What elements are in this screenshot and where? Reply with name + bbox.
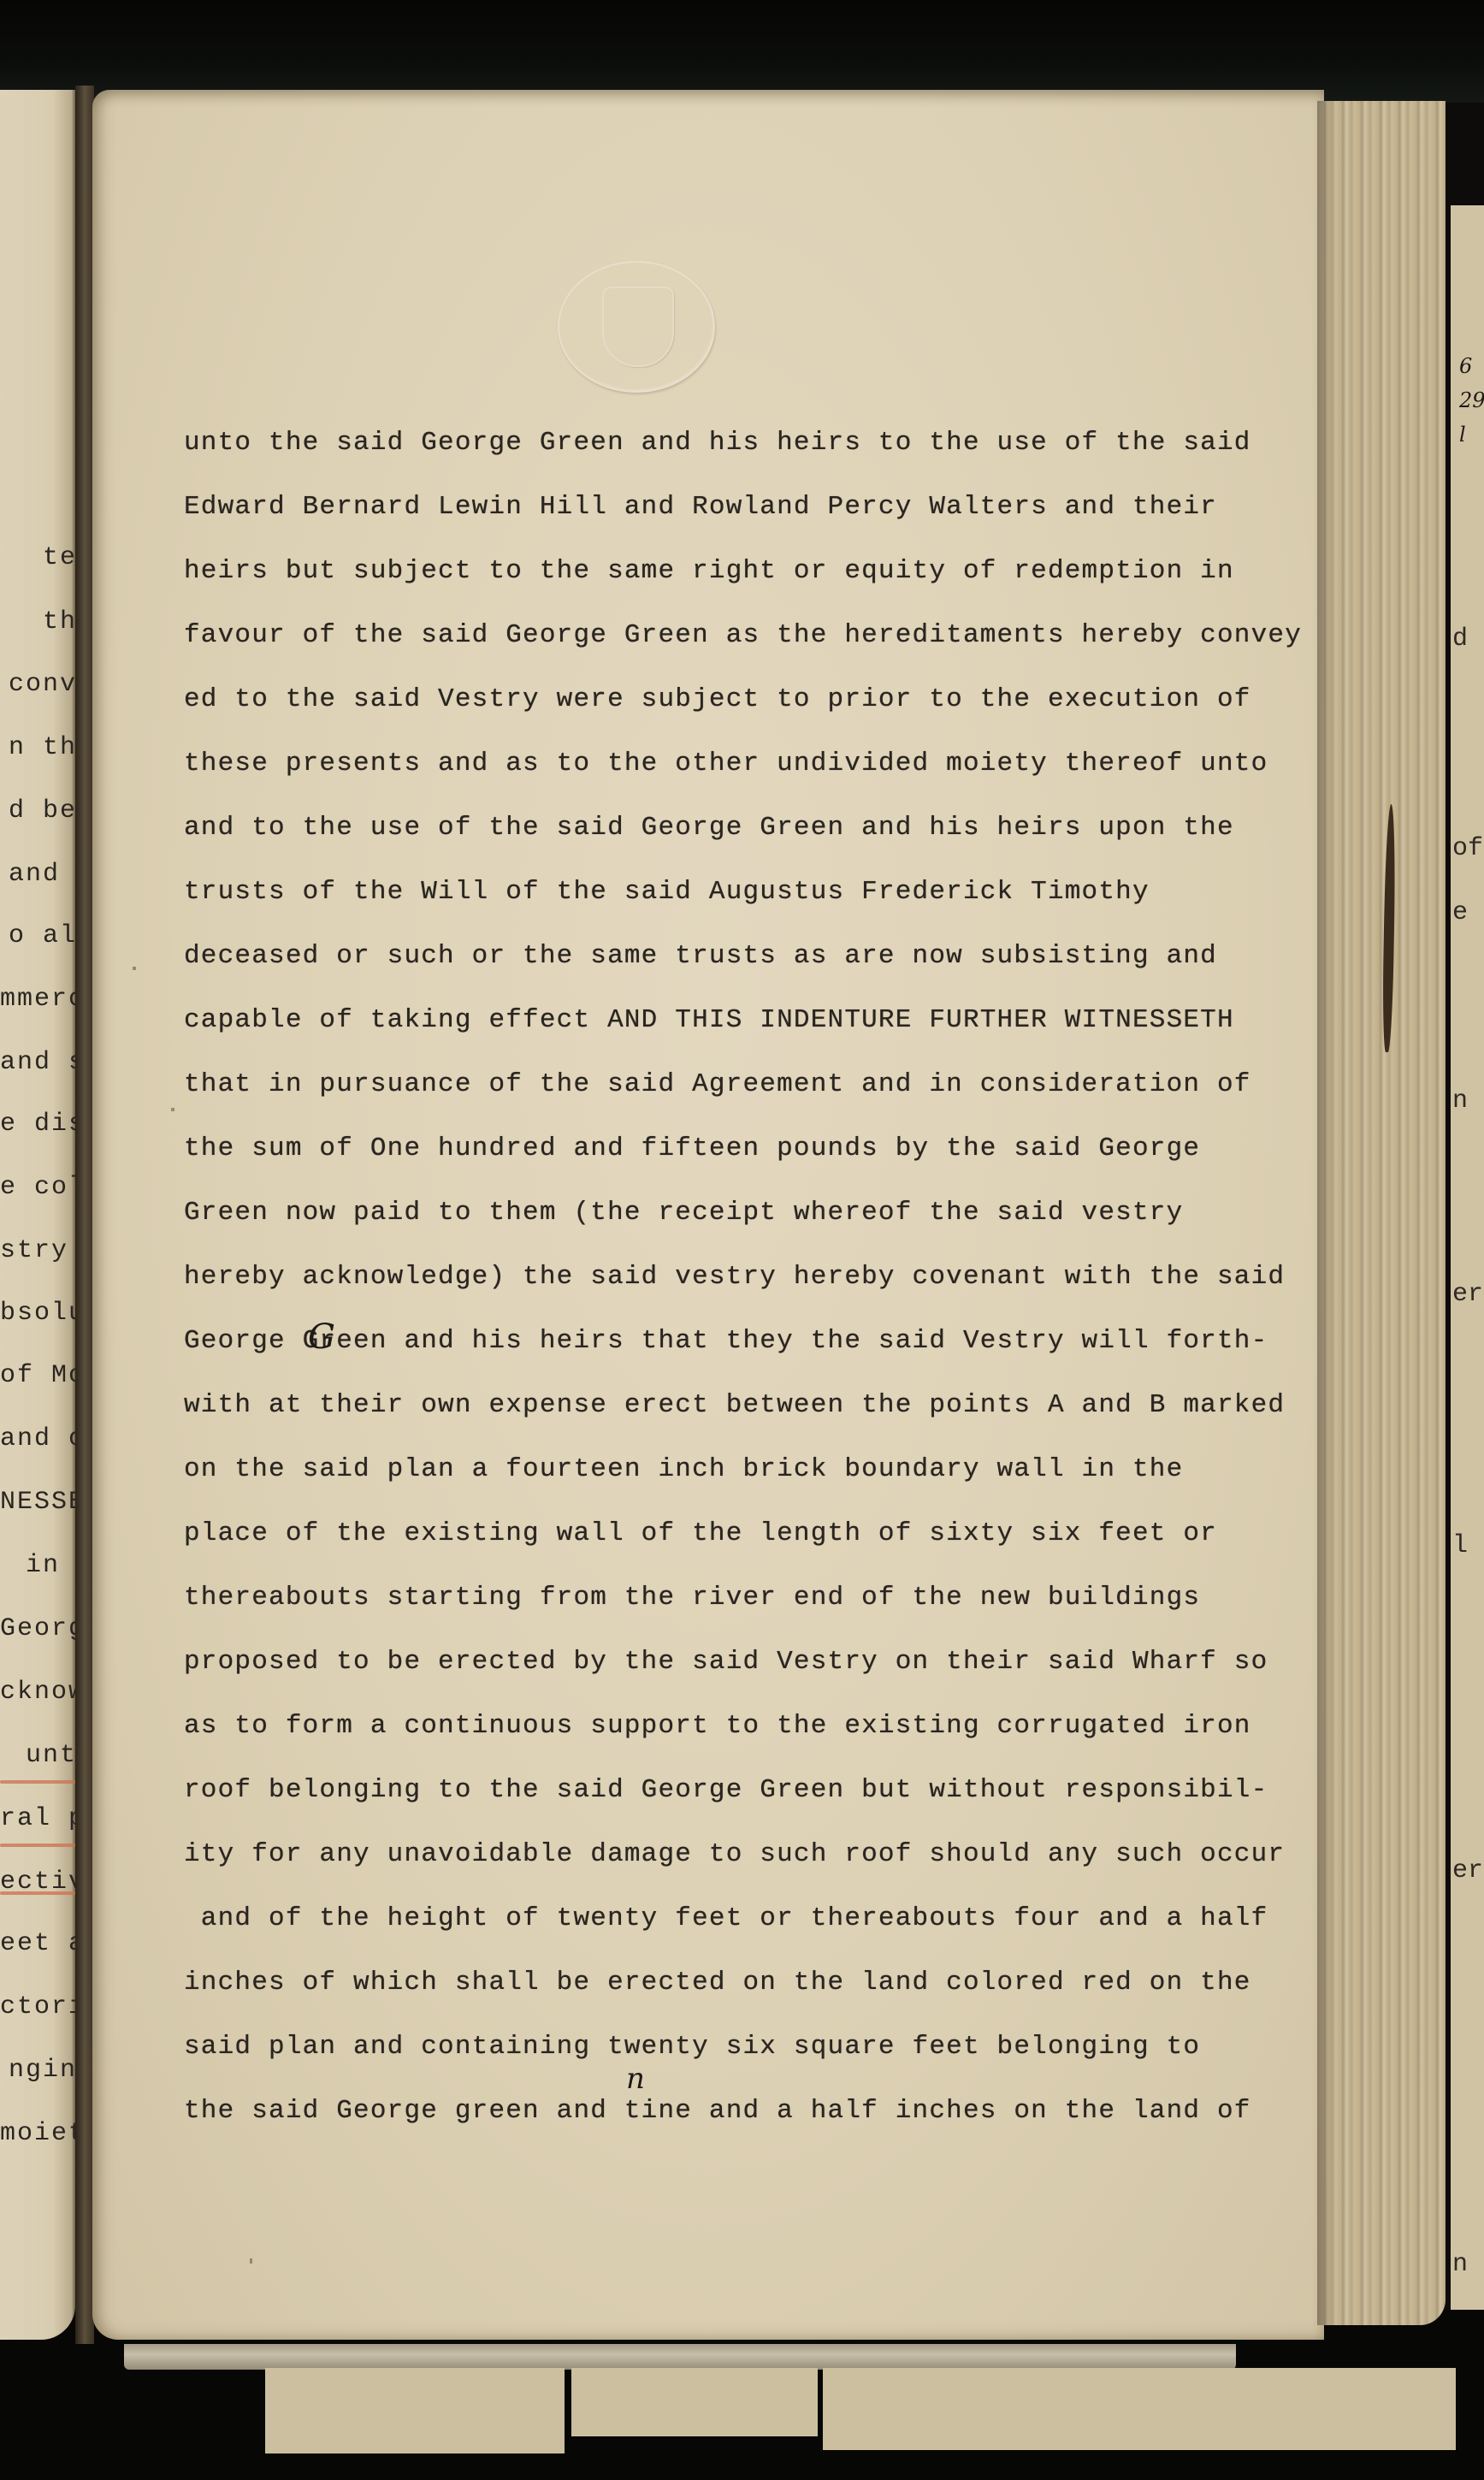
body-line: hereby acknowledge) the said vestry here… — [184, 1262, 1285, 1292]
body-line: inches of which shall be erected on the … — [184, 1968, 1251, 1998]
page-stack-edge — [1317, 101, 1446, 2325]
bottom-paper-tab — [823, 2368, 1456, 2450]
right-fragment: er — [1452, 1280, 1483, 1309]
left-fragment: in c — [0, 1551, 75, 1580]
left-fragment: e dist — [0, 1110, 75, 1139]
body-line: unto the said George Green and his heirs… — [184, 428, 1251, 458]
paper-speck — [171, 1108, 174, 1111]
left-fragment: and ot — [0, 1424, 75, 1453]
handwritten-correction: n — [626, 2062, 645, 2096]
body-line: and to the use of the said George Green … — [184, 813, 1234, 843]
right-fragment: n — [1452, 2250, 1468, 2279]
body-line: capable of taking effect AND THIS INDENT… — [184, 1005, 1234, 1035]
body-line: heirs but subject to the same right or e… — [184, 556, 1234, 586]
left-fragment: d bei — [0, 796, 75, 826]
left-fragment: stry i — [0, 1236, 75, 1265]
body-line: deceased or such or the same trusts as a… — [184, 941, 1217, 971]
body-line: place of the existing wall of the length… — [184, 1518, 1217, 1548]
body-line: the said George green and tine and a hal… — [184, 2096, 1251, 2126]
left-fragment: and si — [0, 1048, 75, 1077]
bottom-paper-tab — [571, 2368, 818, 2436]
book-gutter — [75, 86, 94, 2344]
left-fragment: e colo — [0, 1173, 75, 1202]
body-line: thereabouts starting from the river end … — [184, 1583, 1200, 1613]
body-line: these presents and as to the other undiv… — [184, 749, 1268, 778]
left-fragment: and c — [0, 860, 75, 889]
handwritten-note: 29 — [1459, 385, 1484, 416]
left-fragment: conve — [0, 670, 75, 699]
red-pencil-underline — [0, 1780, 75, 1784]
paper-speck — [133, 967, 136, 970]
body-line: and of the height of twenty feet or ther… — [184, 1903, 1268, 1933]
body-line: that in pursuance of the said Agreement … — [184, 1069, 1251, 1099]
right-fragment: e — [1452, 898, 1468, 927]
body-line: Green now paid to them (the receipt wher… — [184, 1198, 1183, 1228]
right-fragment: d — [1452, 624, 1468, 654]
body-line: ed to the said Vestry were subject to pr… — [184, 684, 1251, 714]
body-line: Edward Bernard Lewin Hill and Rowland Pe… — [184, 492, 1217, 522]
left-fragment: ctoria — [0, 1992, 75, 2021]
left-fragment: eet and — [0, 1929, 75, 1958]
left-page: ter the conve n the d bei and c o all mm… — [0, 90, 75, 2340]
body-line: favour of the said George Green as the h… — [184, 620, 1302, 650]
handwritten-correction: G — [308, 1317, 335, 1357]
left-fragment: ral pl — [0, 1804, 75, 1833]
body-line: on the said plan a fourteen inch brick b… — [184, 1454, 1183, 1484]
handwritten-note: 6 — [1459, 351, 1472, 382]
right-fragment: l — [1452, 1531, 1468, 1560]
handwritten-note: l — [1459, 419, 1466, 450]
page-edge-shadow — [1317, 101, 1334, 2325]
book-cover-top — [0, 0, 1484, 103]
paper-speck — [250, 2258, 252, 2264]
left-fragment: nging — [0, 2056, 75, 2085]
left-fragment: of Mor — [0, 1361, 75, 1390]
left-fragment: n the — [0, 733, 75, 762]
body-line: trusts of the Will of the said Augustus … — [184, 877, 1150, 907]
bottom-paper-tab — [265, 2368, 565, 2453]
binding-tape — [124, 2344, 1236, 2370]
right-fragment: er — [1452, 1856, 1483, 1885]
red-pencil-underline — [0, 1844, 75, 1847]
left-fragment: NESSETH — [0, 1488, 75, 1517]
embossed-seal-icon — [558, 261, 715, 393]
body-line: said plan and containing twenty six squa… — [184, 2032, 1200, 2062]
left-fragment: mmerci — [0, 985, 75, 1014]
body-line: the sum of One hundred and fifteen pound… — [184, 1133, 1200, 1163]
left-fragment: unto — [0, 1741, 75, 1770]
right-fragment: n — [1452, 1086, 1468, 1116]
body-line: George Green and his heirs that they the… — [184, 1326, 1268, 1356]
left-fragment: o all — [0, 921, 75, 950]
body-line: proposed to be erected by the said Vestr… — [184, 1647, 1268, 1677]
left-fragment: George — [0, 1614, 75, 1643]
right-underlying-sheet — [1451, 205, 1484, 2310]
left-fragment: ter — [0, 543, 75, 572]
body-line: roof belonging to the said George Green … — [184, 1775, 1268, 1805]
left-fragment: moiety — [0, 2119, 75, 2148]
red-pencil-underline — [0, 1891, 75, 1895]
right-fragment: of — [1452, 834, 1483, 863]
left-fragment: cknowl — [0, 1678, 75, 1707]
body-line: with at their own expense erect between … — [184, 1390, 1285, 1420]
left-fragment: bsolut — [0, 1299, 75, 1328]
body-line: ity for any unavoidable damage to such r… — [184, 1839, 1285, 1869]
body-line: as to form a continuous support to the e… — [184, 1711, 1251, 1741]
left-fragment: the — [0, 607, 75, 636]
coat-of-arms-shield-icon — [602, 287, 674, 367]
